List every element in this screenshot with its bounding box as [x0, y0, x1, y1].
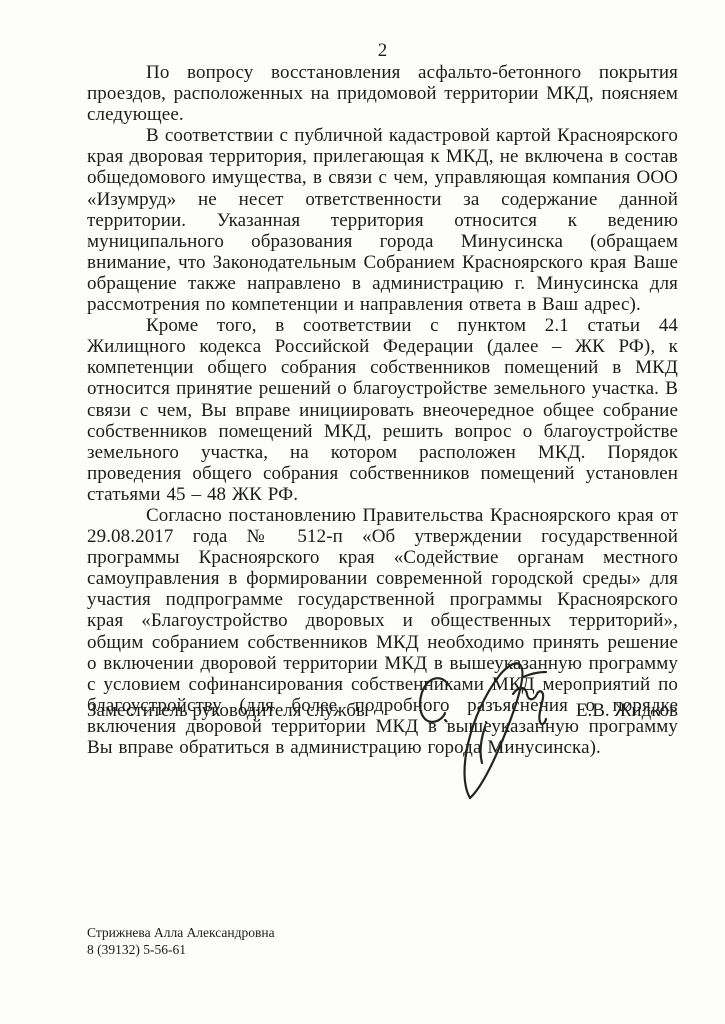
letter-body: По вопросу восстановления асфальто-бетон…: [87, 62, 678, 758]
executor-block: Стрижнева Алла Александровна 8 (39132) 5…: [87, 924, 275, 958]
handwritten-signature-icon: [396, 656, 561, 808]
signer-position-title: Заместитель руководителя службы: [87, 700, 369, 721]
executor-phone: 8 (39132) 5-56-61: [87, 941, 275, 958]
signer-name: Е.В. Жидков: [576, 700, 678, 721]
paragraph-housing-code: Кроме того, в соответствии с пунктом 2.1…: [87, 315, 678, 505]
paragraph-road-surface: По вопросу восстановления асфальто-бетон…: [87, 62, 678, 125]
paragraph-cadastral-territory: В соответствии с публичной кадастровой к…: [87, 125, 678, 315]
page-number: 2: [87, 40, 678, 61]
letter-page-2: 2 По вопросу восстановления асфальто-бет…: [0, 0, 725, 1024]
executor-name: Стрижнева Алла Александровна: [87, 924, 275, 941]
